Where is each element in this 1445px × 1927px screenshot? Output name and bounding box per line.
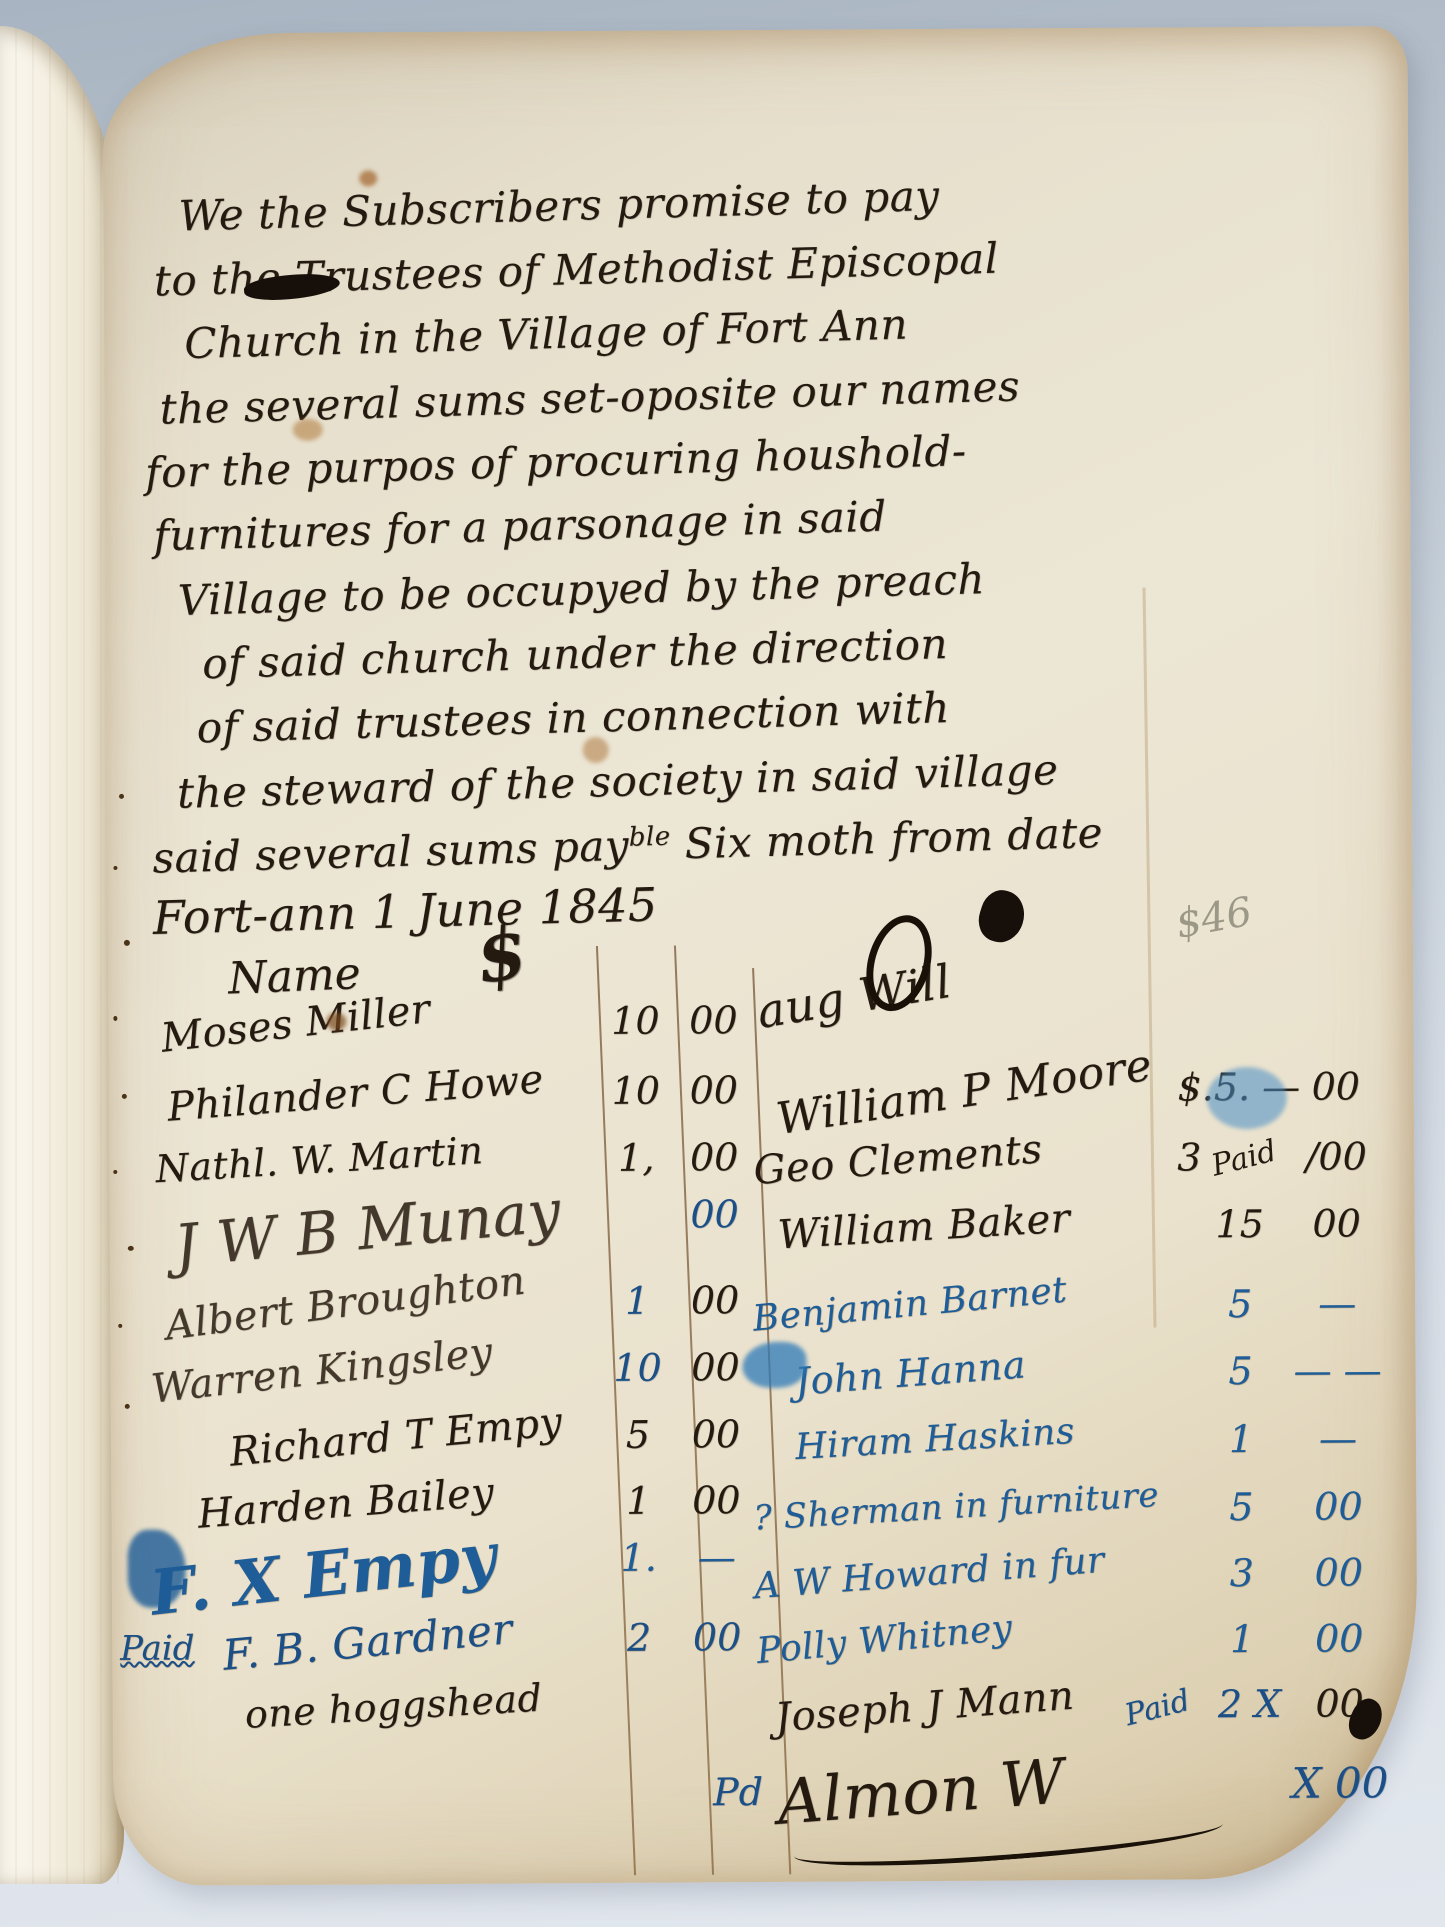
foxing-dot <box>113 1016 117 1021</box>
paragraph-line: of said trustees in connection with <box>196 683 950 752</box>
manuscript-page: We the Subscribers promise to pay to the… <box>102 26 1418 1886</box>
amount-cents: 00 <box>1281 1064 1391 1109</box>
ledger-row: Moses Miller 10 00 <box>108 994 1413 1076</box>
payline-pre: said several sums pay <box>152 821 630 883</box>
amount-cents: — — <box>1282 1348 1392 1393</box>
paid-mark: Pd <box>713 1770 763 1814</box>
photo-backdrop: We the Subscribers promise to pay to the… <box>0 0 1445 1927</box>
foxing-dot <box>113 1170 117 1174</box>
ledger-row: Pd Almon W X 00 <box>113 1752 1418 1834</box>
paid-mark: Paid <box>1121 1683 1193 1733</box>
amount-cents: /00 <box>1281 1134 1391 1179</box>
subscriber-name: John Hanna <box>793 1342 1027 1403</box>
blue-ink-blob <box>742 1342 806 1388</box>
paragraph-line: furnitures for a parsonage in said <box>153 492 887 561</box>
foxing-dot <box>124 940 130 946</box>
blue-ink-smudge <box>1207 1067 1287 1129</box>
paragraph-line: for the purpos of procuring houshold- <box>144 426 967 497</box>
foxing-dot <box>113 866 117 870</box>
amount-cents: 00 <box>1283 1484 1393 1529</box>
amount-cents: — <box>1283 1416 1393 1461</box>
subscriber-name: Hiram Haskins <box>794 1411 1076 1468</box>
foxing-spot <box>359 170 377 186</box>
ledger-row: William Baker 15 00 <box>110 1201 1415 1283</box>
amount-cents: 00 <box>1282 1201 1392 1246</box>
amount-cents: 00 <box>678 998 748 1042</box>
amount-cents: 00 <box>1284 1550 1394 1595</box>
foxing-dot <box>119 794 124 799</box>
paragraph-line: the several sums set-oposite our names <box>159 361 1020 433</box>
payline-superscript: ble <box>628 822 671 853</box>
paragraph-line: We the Subscribers promise to pay <box>178 171 940 241</box>
foxing-dot <box>125 1404 130 1409</box>
foxing-dot <box>128 1246 134 1251</box>
paragraph-line: the steward of the society in said villa… <box>176 745 1059 818</box>
foxing-spot <box>326 1013 346 1031</box>
foxing-spot <box>583 737 609 763</box>
paragraph-payline: said several sums payble Six moth from d… <box>152 808 1104 883</box>
paragraph-line: of said church under the direction <box>202 619 949 688</box>
amount-dollars: 10 <box>600 999 670 1043</box>
ink-blot-date <box>973 885 1031 948</box>
payline-post: Six moth from date <box>670 808 1103 869</box>
paragraph-line: Village to be occupyed by the preach <box>177 554 985 625</box>
ledger-row: Joseph J Mann Paid 2 X 00 <box>112 1681 1417 1763</box>
amount-cents: 00 <box>1284 1616 1394 1661</box>
blue-ink-smear <box>127 1530 185 1608</box>
pencil-annotation: $46 <box>1172 889 1255 948</box>
foxing-dot <box>118 1324 122 1328</box>
subscriber-name: William Baker <box>777 1195 1072 1258</box>
paragraph-line: Church in the Village of Fort Ann <box>184 300 909 369</box>
foxing-spot <box>293 419 323 441</box>
foxing-dot <box>122 1094 127 1099</box>
amount-cents: X 00 <box>1285 1758 1395 1808</box>
dateline: Fort-ann 1 June 1845 <box>152 877 658 945</box>
amount-cents: — <box>1282 1281 1392 1326</box>
